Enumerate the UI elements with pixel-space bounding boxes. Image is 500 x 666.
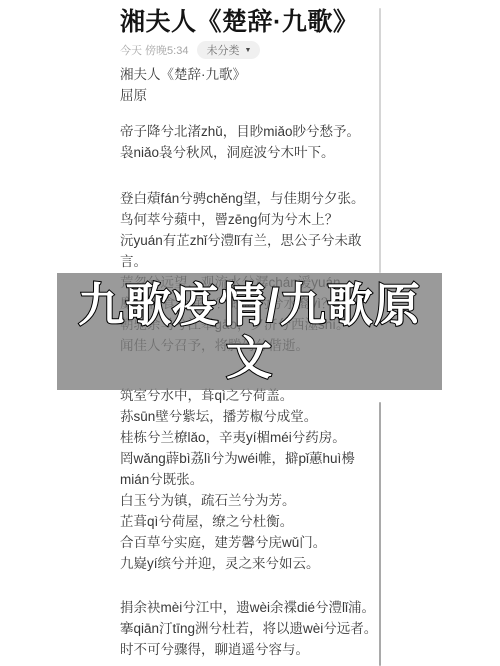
poem-line: 登白薠fán兮骋chěng望，与佳期兮夕张。 <box>120 188 382 209</box>
scrollbar-thumb[interactable] <box>379 402 381 666</box>
chevron-down-icon: ▼ <box>244 47 251 54</box>
poem-line: 搴qiān汀tīng洲兮杜若，将以遗wèi兮远者。 <box>120 618 382 639</box>
poem-line: 鸟何萃兮蘋中，罾zēng何为兮木上？ <box>120 209 382 230</box>
poem-stanza-4: 捐余袂mèi兮江中，遗wèi余褋dié兮澧lǐ浦。搴qiān汀tīng洲兮杜若，… <box>120 597 382 660</box>
poem-line: 芷葺qì兮荷屋，缭之兮杜衡。 <box>120 511 382 532</box>
category-selector[interactable]: 未分类 ▼ <box>197 41 260 59</box>
poem-subtitle: 湘夫人《楚辞·九歌》 <box>120 64 382 85</box>
poem-line: 帝子降兮北渚zhǔ，目眇miǎo眇兮愁予。 <box>120 121 382 142</box>
category-label: 未分类 <box>206 42 239 58</box>
poem-stanza-1: 帝子降兮北渚zhǔ，目眇miǎo眇兮愁予。袅niǎo袅兮秋风，洞庭波兮木叶下。 <box>120 121 382 163</box>
poem-line: 罔wǎng薜bì荔lì兮为wéi帷，擗pǐ蕙huì櫋 <box>120 448 382 469</box>
caption-overlay-line2: 文 <box>226 332 273 385</box>
scrollbar-track[interactable] <box>379 8 381 273</box>
poem-line: 时不可兮骤得，聊逍遥兮容与。 <box>120 639 382 660</box>
poem-stanza-3: 筑室兮水中，葺qì之兮荷盖。荪sūn壁兮紫坛，播芳椒兮成堂。桂栋兮兰橑lǎo，辛… <box>120 385 382 574</box>
poem-line: 合百草兮实庭，建芳馨兮庑wǔ门。 <box>120 532 382 553</box>
caption-overlay-band: 九歌疫情/九歌原 文 <box>57 273 442 390</box>
note-timestamp: 今天 傍晚5:34 <box>120 42 188 58</box>
note-meta-row: 今天 傍晚5:34 未分类 ▼ <box>120 41 382 59</box>
note-title: 湘夫人《楚辞·九歌》 <box>120 6 382 38</box>
caption-overlay-line1: 九歌疫情/九歌原 <box>78 279 421 332</box>
poem-stanzas: 帝子降兮北渚zhǔ，目眇miǎo眇兮愁予。袅niǎo袅兮秋风，洞庭波兮木叶下。登… <box>120 121 382 660</box>
poem-line: 言。 <box>120 251 382 272</box>
poem-line: 沅yuán有芷zhǐ兮澧lǐ有兰，思公子兮未敢 <box>120 230 382 251</box>
notes-app-screen: 湘夫人《楚辞·九歌》 今天 傍晚5:34 未分类 ▼ 湘夫人《楚辞·九歌》 屈原… <box>0 0 500 666</box>
poem-line: 袅niǎo袅兮秋风，洞庭波兮木叶下。 <box>120 142 382 163</box>
poem-line: 荪sūn壁兮紫坛，播芳椒兮成堂。 <box>120 406 382 427</box>
poem-line: 桂栋兮兰橑lǎo，辛夷yí楣méi兮药房。 <box>120 427 382 448</box>
poem-line: 捐余袂mèi兮江中，遗wèi余褋dié兮澧lǐ浦。 <box>120 597 382 618</box>
poem-line: 九嶷yí缤兮并迎，灵之来兮如云。 <box>120 553 382 574</box>
poem-author: 屈原 <box>120 85 382 106</box>
poem-line: mián兮既张。 <box>120 469 382 490</box>
poem-line: 白玉兮为镇，疏石兰兮为芳。 <box>120 490 382 511</box>
